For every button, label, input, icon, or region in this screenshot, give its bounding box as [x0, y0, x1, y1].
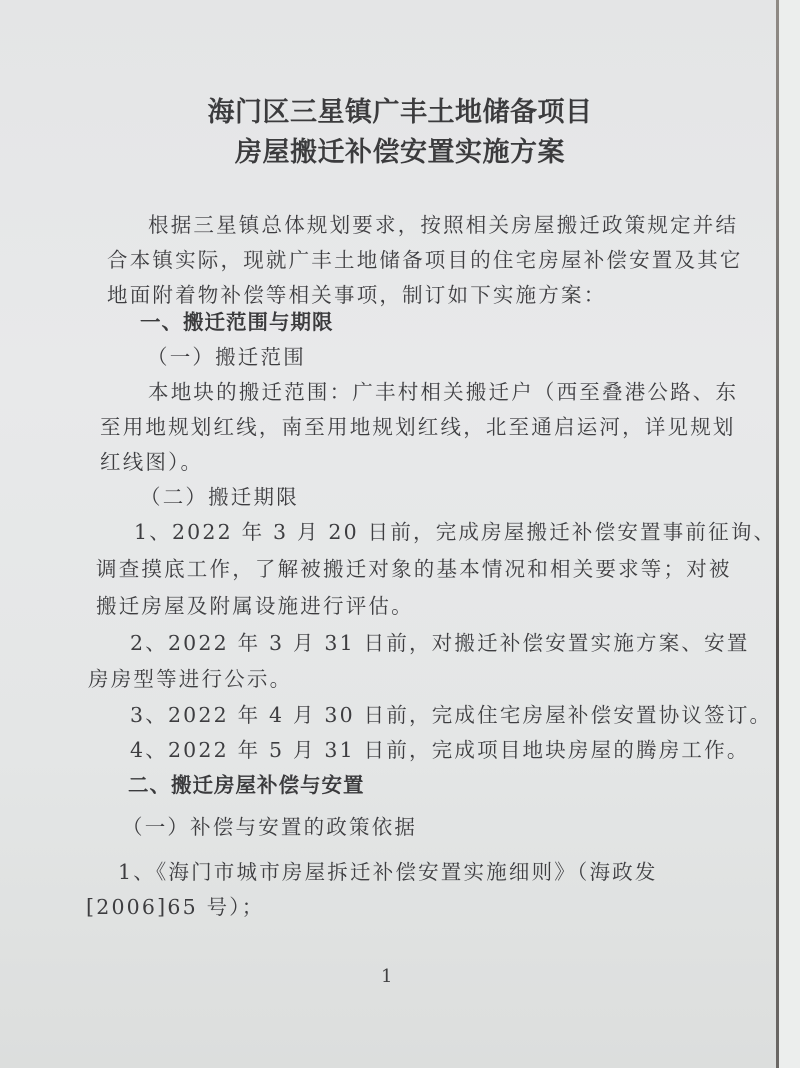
policy-item-1-line-1: 1、《海门市城市房屋拆迁补偿安置实施细则》（海政发	[118, 855, 658, 885]
deadline-item-1-line-3: 搬迁房屋及附属设施进行评估。	[96, 589, 414, 619]
subsection-heading-1-2: （二）搬迁期限	[140, 480, 299, 510]
subsection-heading-2-1: （一）补偿与安置的政策依据	[122, 810, 417, 840]
intro-paragraph-line-3: 地面附着物补偿等相关事项，制订如下实施方案：	[107, 278, 606, 308]
scope-paragraph-line-1: 本地块的搬迁范围：广丰村相关搬迁户（西至叠港公路、东	[148, 375, 738, 405]
subsection-heading-1-1: （一）搬迁范围	[147, 340, 306, 370]
scope-paragraph-line-3: 红线图）。	[100, 445, 203, 475]
deadline-item-2-line-2: 房房型等进行公示。	[88, 662, 292, 692]
document-title-line-2: 房屋搬迁补偿安置实施方案	[0, 130, 800, 169]
intro-paragraph-line-1: 根据三星镇总体规划要求，按照相关房屋搬迁政策规定并结	[148, 208, 738, 238]
section-heading-2: 二、搬迁房屋补偿与安置	[128, 768, 365, 798]
page-number: 1	[381, 966, 392, 987]
deadline-item-1-line-2: 调查摸底工作，了解被搬迁对象的基本情况和相关要求等；对被	[96, 552, 732, 582]
intro-paragraph-line-2: 合本镇实际，现就广丰土地储备项目的住宅房屋补偿安置及其它	[107, 243, 743, 273]
deadline-item-4: 4、2022 年 5 月 31 日前，完成项目地块房屋的腾房工作。	[130, 733, 750, 763]
deadline-item-2-line-1: 2、2022 年 3 月 31 日前，对搬迁补偿安置实施方案、安置	[130, 626, 750, 656]
document-title-line-1: 海门区三星镇广丰土地储备项目	[0, 90, 800, 129]
scope-paragraph-line-2: 至用地规划红线，南至用地规划红线，北至通启运河，详见规划	[100, 410, 736, 440]
deadline-item-1-line-1: 1、2022 年 3 月 20 日前，完成房屋搬迁补偿安置事前征询、	[134, 515, 776, 545]
section-heading-1: 一、搬迁范围与期限	[140, 305, 334, 335]
policy-item-1-line-2: [2006]65 号）；	[86, 890, 264, 920]
deadline-item-3: 3、2022 年 4 月 30 日前，完成住宅房屋补偿安置协议签订。	[130, 698, 772, 728]
